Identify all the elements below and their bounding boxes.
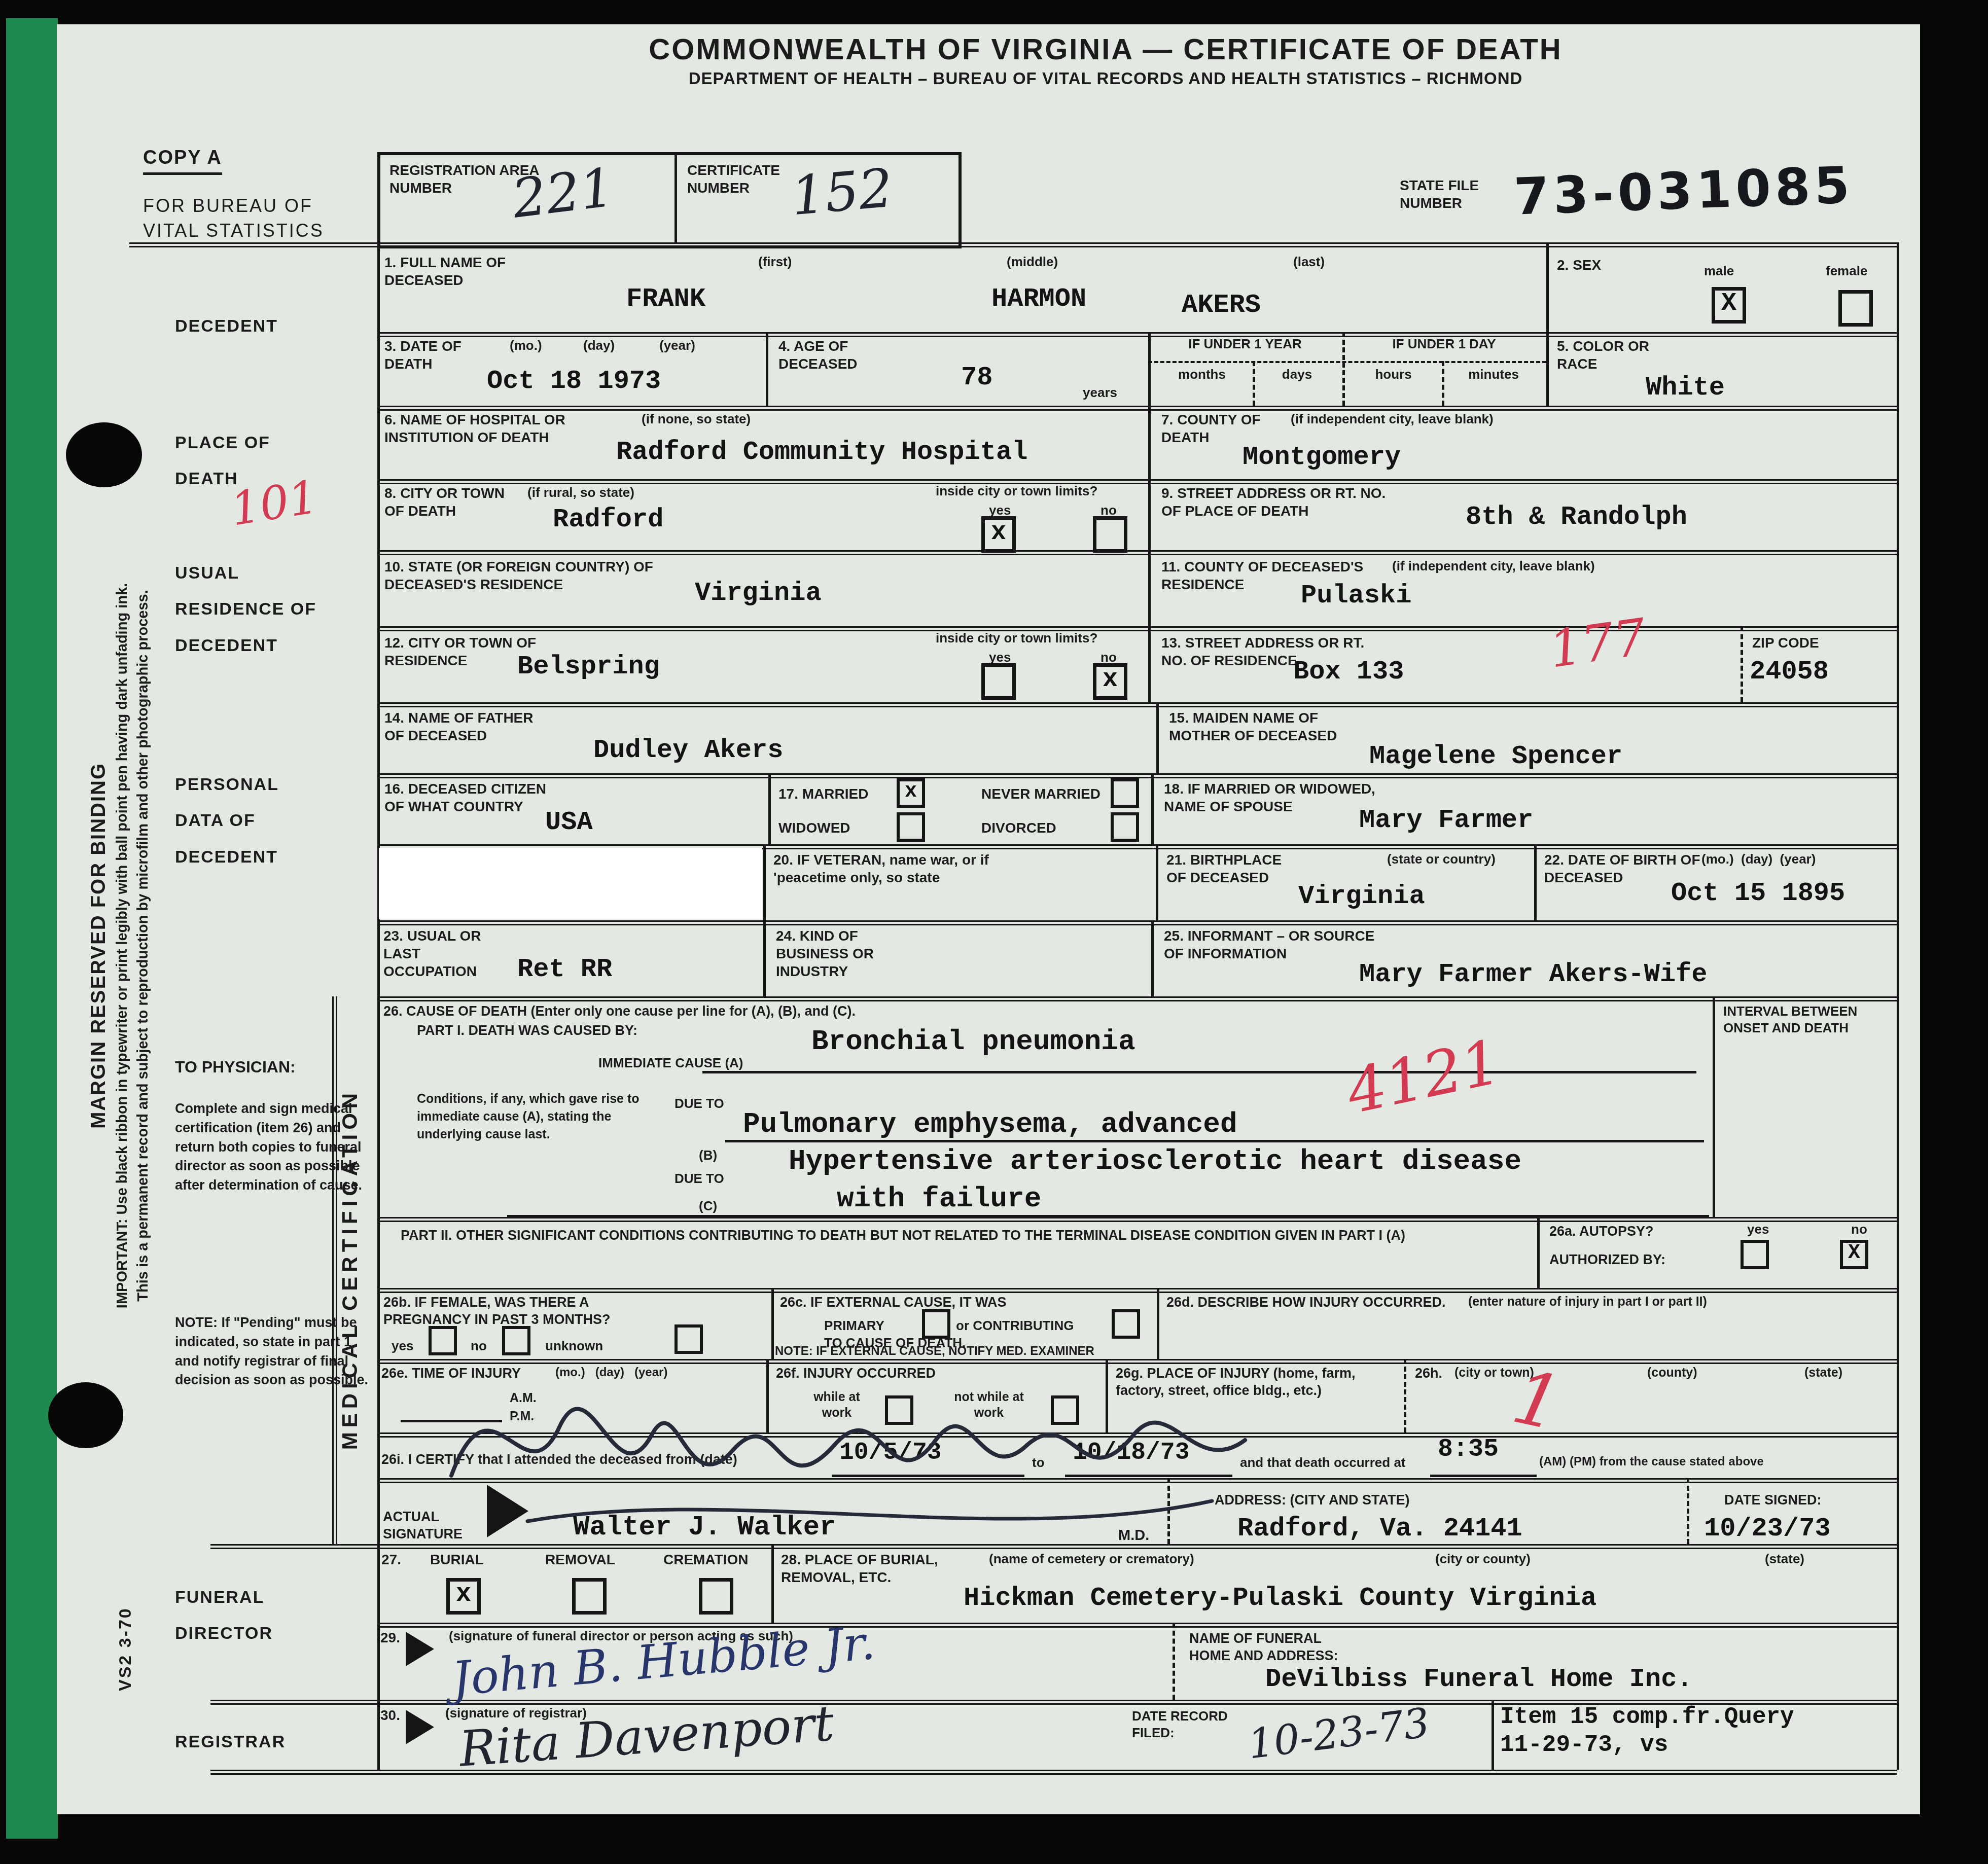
to-physician-title: TO PHYSICIAN: xyxy=(175,1056,337,1079)
sex-male-checkbox: X xyxy=(1712,287,1746,324)
middle-hint: (middle) xyxy=(1007,254,1058,270)
hospital-value: Radford Community Hospital xyxy=(616,437,1027,467)
27-label: 27. xyxy=(381,1551,401,1568)
age-label: 4. AGE OF DECEASED xyxy=(778,337,890,373)
margin-permanent-note: This is a permanent record and subject t… xyxy=(135,426,152,1465)
physician-name-value: Walter J. Walker xyxy=(573,1512,836,1543)
certificate-number-value: 152 xyxy=(789,157,895,227)
address-label: ADDRESS: (CITY AND STATE) xyxy=(1215,1492,1410,1509)
divider-cause-interval xyxy=(1713,996,1715,1217)
pregnancy-yes-label: yes xyxy=(392,1338,413,1354)
autopsy-no-label: no xyxy=(1851,1221,1867,1238)
city-residence-value: Belspring xyxy=(517,652,660,682)
section-label-decedent: DECEDENT xyxy=(175,308,278,344)
date-mo-hint: (mo.) xyxy=(510,337,542,354)
city-of-death-label: 8. CITY OR TOWN OF DEATH xyxy=(384,484,511,520)
actual-signature-arrow-icon xyxy=(487,1485,528,1537)
divider-married-spouse xyxy=(1151,773,1154,844)
sex-label: 2. SEX xyxy=(1557,256,1601,274)
business-label: 24. KIND OF BUSINESS OR INDUSTRY xyxy=(776,927,928,980)
father-value: Dudley Akers xyxy=(593,735,783,765)
divider-address-datesigned xyxy=(1687,1478,1689,1544)
cause-c-value-1: Hypertensive arteriosclerotic heart dise… xyxy=(789,1145,1521,1177)
hours-label: hours xyxy=(1349,366,1438,383)
26h-label: 26h. xyxy=(1415,1365,1442,1382)
father-label: 14. NAME OF FATHER OF DECEASED xyxy=(384,709,537,744)
sex-female-label: female xyxy=(1826,263,1867,279)
query-note-1: Item 15 comp.fr.Query xyxy=(1500,1704,1794,1730)
rule-r17 xyxy=(377,1623,1897,1628)
address-value: Radford, Va. 24141 xyxy=(1237,1514,1522,1544)
dob-hint: (mo.) (day) (year) xyxy=(1701,851,1816,868)
never-married-checkbox xyxy=(1111,778,1139,808)
autopsy-label: 26a. AUTOPSY? xyxy=(1549,1223,1654,1240)
immediate-cause-label: IMMEDIATE CAUSE (A) xyxy=(598,1055,743,1071)
page-title: COMMONWEALTH OF VIRGINIA — CERTIFICATE O… xyxy=(507,31,1704,68)
place-of-burial-value: Hickman Cemetery-Pulaski County Virginia xyxy=(964,1583,1596,1613)
birthplace-value: Virginia xyxy=(1298,881,1425,911)
county-residence-value: Pulaski xyxy=(1301,581,1411,611)
zip-value: 24058 xyxy=(1750,657,1829,687)
date-signed-label: DATE SIGNED: xyxy=(1724,1492,1822,1509)
interval-label: INTERVAL BETWEEN ONSET AND DEATH xyxy=(1723,1003,1891,1036)
autopsy-no-checkbox: X xyxy=(1840,1240,1868,1269)
informant-value: Mary Farmer Akers-Wife xyxy=(1359,959,1708,989)
divider-filed-note xyxy=(1492,1700,1494,1770)
days-label: days xyxy=(1255,366,1339,383)
limits-death-yes-checkbox: x xyxy=(981,516,1016,553)
rule-r10 xyxy=(377,996,1897,1001)
margin-binding-note: MARGIN RESERVED FOR BINDING xyxy=(87,426,110,1465)
never-married-label: NEVER MARRIED xyxy=(981,785,1100,803)
state-file-value: 73-031085 xyxy=(1513,155,1855,226)
26h-county-hint: (county) xyxy=(1647,1365,1697,1381)
how-injury-hint: (enter nature of injury in part I or par… xyxy=(1468,1294,1707,1310)
due-to-1-label: DUE TO xyxy=(674,1095,724,1112)
color-race-value: White xyxy=(1646,373,1725,403)
widowed-label: WIDOWED xyxy=(778,819,850,837)
limits-res-label: inside city or town limits? xyxy=(936,630,1164,647)
divider-citizen-married xyxy=(768,773,771,844)
divider-state-county xyxy=(1148,550,1151,626)
divider-hours-minutes xyxy=(1442,361,1444,406)
authorized-by-label: AUTHORIZED BY: xyxy=(1549,1251,1676,1269)
county-of-death-value: Montgomery xyxy=(1242,442,1401,472)
copy-label: COPY A xyxy=(143,148,222,175)
dob-value: Oct 15 1895 xyxy=(1671,878,1845,908)
last-name-value: AKERS xyxy=(1182,290,1261,320)
city-of-death-hint: (if rural, so state) xyxy=(527,484,634,501)
section-label-personal-data: PERSONAL DATA OF DECEDENT xyxy=(175,767,322,875)
state-residence-value: Virginia xyxy=(695,578,822,608)
date-of-death-value: Oct 18 1973 xyxy=(487,366,661,396)
county-residence-hint: (if independent city, leave blank) xyxy=(1392,558,1595,575)
county-of-death-label: 7. COUNTY OF DEATH xyxy=(1161,411,1278,446)
mother-value: Magelene Spencer xyxy=(1369,741,1622,771)
full-name-label: 1. FULL NAME OF DECEASED xyxy=(384,254,521,289)
rule-under1-header xyxy=(1148,361,1546,363)
occupation-label: 23. USUAL OR LAST OCCUPATION xyxy=(383,927,515,980)
street-residence-value: Box 133 xyxy=(1293,657,1404,687)
29-label: 29. xyxy=(380,1629,400,1646)
autopsy-yes-checkbox xyxy=(1741,1240,1769,1269)
cause-of-death-label: 26. CAUSE OF DEATH (Enter only one cause… xyxy=(383,1003,856,1020)
divider-part2-autopsy xyxy=(1537,1217,1540,1288)
part1-label: PART I. DEATH WAS CAUSED BY: xyxy=(417,1022,637,1039)
divider-under1day-color xyxy=(1546,332,1549,406)
rule-r4 xyxy=(377,550,1897,555)
divider-27-28 xyxy=(771,1544,774,1623)
under-1-year-label: IF UNDER 1 YEAR xyxy=(1151,336,1339,352)
divider-occupation-business xyxy=(763,920,766,996)
informant-label: 25. INFORMANT – OR SOURCE OF INFORMATION xyxy=(1164,927,1377,962)
county-of-death-hint: (if independent city, leave blank) xyxy=(1291,411,1494,427)
divider-father-mother xyxy=(1156,702,1159,773)
cause-a-line xyxy=(702,1071,1696,1073)
spouse-value: Mary Farmer xyxy=(1359,805,1533,835)
color-race-label: 5. COLOR OR RACE xyxy=(1557,337,1658,373)
zip-label: ZIP CODE xyxy=(1752,634,1819,652)
c-tag: (C) xyxy=(699,1198,717,1214)
section-label-funeral-director: FUNERAL DIRECTOR xyxy=(175,1580,307,1652)
rule-r9 xyxy=(377,920,1897,925)
street-of-death-value: 8th & Randolph xyxy=(1466,502,1687,532)
state-file-label: STATE FILE NUMBER xyxy=(1400,176,1516,212)
cemetery-hint: (name of cemetery or crematory) xyxy=(989,1551,1194,1567)
last-hint: (last) xyxy=(1293,254,1325,270)
months-label: months xyxy=(1156,366,1248,383)
divider-under1yr-under1day xyxy=(1342,332,1345,406)
veteran-label: 20. IF VETERAN, name war, or if 'peaceti… xyxy=(773,851,991,886)
state-hint: (state) xyxy=(1765,1551,1804,1567)
birthplace-label: 21. BIRTHPLACE OF DECEASED xyxy=(1166,851,1293,886)
section-label-usual-residence: USUAL RESIDENCE OF DECEDENT xyxy=(175,555,342,664)
divider-age-under1yr xyxy=(1148,332,1151,406)
mother-label: 15. MAIDEN NAME OF MOTHER OF DECEASED xyxy=(1169,709,1362,744)
registrar-arrow-icon xyxy=(406,1710,434,1744)
married-checkbox: x xyxy=(897,778,925,808)
certify-time: 8:35 xyxy=(1438,1435,1499,1464)
divider-veteran-birthplace xyxy=(1156,844,1158,920)
cremation-label: CREMATION xyxy=(663,1551,748,1568)
citizen-value: USA xyxy=(545,807,593,837)
city-county-hint: (city or county) xyxy=(1435,1551,1531,1567)
limits-death-no-checkbox xyxy=(1093,516,1127,553)
26h-state-hint: (state) xyxy=(1804,1365,1842,1381)
rule-r7 xyxy=(377,773,1897,778)
autopsy-yes-label: yes xyxy=(1747,1221,1769,1238)
limits-death-label: inside city or town limits? xyxy=(936,483,1164,499)
b-tag: (B) xyxy=(699,1147,717,1164)
actual-signature-label: ACTUAL SIGNATURE xyxy=(383,1509,484,1543)
state-residence-label: 10. STATE (OR FOREIGN COUNTRY) OF DECEAS… xyxy=(384,558,668,593)
date-of-death-label: 3. DATE OF DEATH xyxy=(384,337,481,373)
married-label: 17. MARRIED xyxy=(778,785,868,803)
due-to-2-label: DUE TO xyxy=(674,1170,724,1187)
binding-stripe xyxy=(6,18,58,1839)
border-medcert-strip xyxy=(332,996,337,1544)
cause-c-value-2: with failure xyxy=(837,1182,1041,1215)
cremation-checkbox xyxy=(699,1578,733,1615)
burial-checkbox: x xyxy=(446,1578,481,1615)
birthplace-hint: (state or country) xyxy=(1387,851,1496,868)
divider-business-informant xyxy=(1151,920,1154,996)
rule-r1 xyxy=(377,332,1897,337)
form-code: VS2 3-70 xyxy=(116,1534,135,1691)
citizen-label: 16. DECEASED CITIZEN OF WHAT COUNTRY xyxy=(384,780,567,815)
border-form-left xyxy=(377,242,380,1770)
external-cause-label: 26c. IF EXTERNAL CAUSE, IT WAS xyxy=(780,1294,1084,1311)
divorced-label: DIVORCED xyxy=(981,819,1056,837)
30-label: 30. xyxy=(380,1706,400,1724)
age-value: 78 xyxy=(961,363,992,392)
date-signed-value: 10/23/73 xyxy=(1704,1514,1831,1544)
funeral-home-label: NAME OF FUNERAL HOME AND ADDRESS: xyxy=(1189,1630,1341,1665)
city-residence-label: 12. CITY OR TOWN OF RESIDENCE xyxy=(384,634,537,669)
section-label-registrar: REGISTRAR xyxy=(175,1724,286,1760)
removal-checkbox xyxy=(572,1578,607,1615)
physician-signature-scrawl xyxy=(421,1329,1283,1552)
hospital-hint: (if none, so state) xyxy=(642,411,751,427)
margin-important-note: IMPORTANT: Use black ribbon in typewrite… xyxy=(114,426,131,1465)
divider-zip xyxy=(1741,626,1743,702)
removal-label: REMOVAL xyxy=(545,1551,615,1568)
divider-hospital-county xyxy=(1148,406,1151,479)
query-note-2: 11-29-73, vs xyxy=(1500,1732,1668,1758)
date-year-hint: (year) xyxy=(659,337,695,354)
hospital-label: 6. NAME OF HOSPITAL OR INSTITUTION OF DE… xyxy=(384,411,602,446)
divorced-checkbox xyxy=(1111,812,1139,842)
border-form-right xyxy=(1897,242,1899,1770)
middle-name-value: HARMON xyxy=(991,284,1086,314)
cause-c-line xyxy=(507,1215,1709,1217)
minutes-label: minutes xyxy=(1445,366,1542,383)
widowed-checkbox xyxy=(897,812,925,842)
street-of-death-label: 9. STREET ADDRESS OR RT. NO. OF PLACE OF… xyxy=(1161,484,1405,520)
certify-line-3 xyxy=(1430,1475,1537,1477)
first-name-value: FRANK xyxy=(626,284,705,314)
certify-tail-label: (AM) (PM) from the cause stated above xyxy=(1539,1454,1764,1469)
registration-area-value: 221 xyxy=(509,156,617,230)
redaction-block xyxy=(379,848,762,919)
occupation-value: Ret RR xyxy=(517,954,612,984)
divider-name-sex xyxy=(1546,242,1549,332)
date-day-hint: (day) xyxy=(583,337,615,354)
rule-r12 xyxy=(377,1288,1897,1293)
scanned-death-certificate: MARGIN RESERVED FOR BINDING IMPORTANT: U… xyxy=(0,0,1988,1864)
how-injury-label: 26d. DESCRIBE HOW INJURY OCCURRED. xyxy=(1166,1294,1446,1311)
rule-r6 xyxy=(377,702,1897,707)
cause-b-line xyxy=(725,1140,1704,1142)
physician-md-label: M.D. xyxy=(1118,1526,1149,1545)
age-years-hint: years xyxy=(1083,384,1117,401)
sex-female-checkbox xyxy=(1838,290,1873,327)
margin-notes: MARGIN RESERVED FOR BINDING IMPORTANT: U… xyxy=(87,426,152,1465)
pregnancy-label: 26b. IF FEMALE, WAS THERE A PREGNANCY IN… xyxy=(383,1294,678,1329)
medical-certification-label: MEDICAL CERTIFICATION xyxy=(338,998,362,1540)
limits-res-no-checkbox: x xyxy=(1093,663,1127,700)
first-hint: (first) xyxy=(758,254,792,270)
copy-for-line: FOR BUREAU OF VITAL STATISTICS xyxy=(143,194,371,243)
place-of-burial-label: 28. PLACE OF BURIAL, REMOVAL, ETC. xyxy=(781,1551,943,1586)
burial-label: BURIAL xyxy=(430,1551,484,1568)
funeral-director-arrow-icon xyxy=(406,1632,434,1666)
funeral-home-value: DeVilbiss Funeral Home Inc. xyxy=(1265,1664,1693,1694)
divider-26g-26h xyxy=(1404,1359,1406,1432)
date-filed-label: DATE RECORD FILED: xyxy=(1132,1708,1249,1741)
page-subtitle: DEPARTMENT OF HEALTH – BUREAU OF VITAL R… xyxy=(517,68,1694,89)
registration-box-divider xyxy=(674,152,677,242)
divider-birthplace-dob xyxy=(1534,844,1537,920)
under-1-day-label: IF UNDER 1 DAY xyxy=(1346,336,1542,352)
conditions-note: Conditions, if any, which gave rise to i… xyxy=(417,1090,670,1143)
part2-label: PART II. OTHER SIGNIFICANT CONDITIONS CO… xyxy=(401,1226,1516,1245)
limits-res-yes-checkbox xyxy=(981,663,1016,700)
rule-top xyxy=(129,242,1899,247)
divider-blank-veteran xyxy=(763,844,766,920)
divider-date-age xyxy=(766,332,768,406)
city-of-death-value: Radford xyxy=(553,505,663,534)
sex-male-label: male xyxy=(1704,263,1734,279)
rule-part2 xyxy=(377,1217,1897,1222)
cause-a-value: Bronchial pneumonia xyxy=(811,1025,1135,1058)
rule-r2 xyxy=(377,406,1897,411)
cause-b-value: Pulmonary emphysema, advanced xyxy=(743,1108,1237,1140)
divider-29-home xyxy=(1173,1623,1175,1700)
